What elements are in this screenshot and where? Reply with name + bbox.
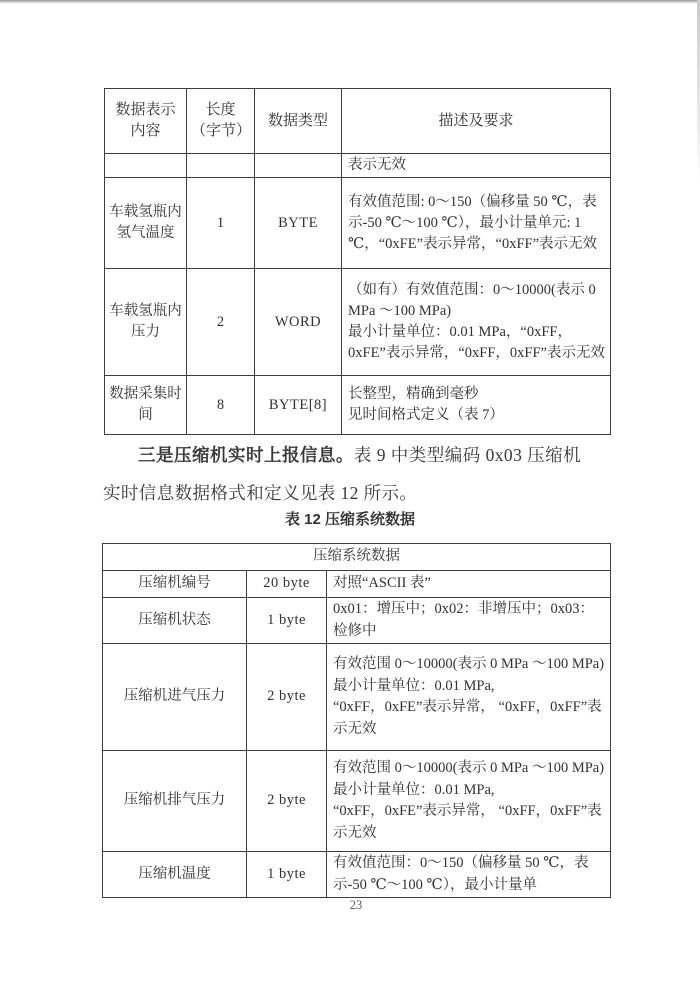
- cell-desc: 有效范围 0～10000(表示 0 MPa ～100 MPa) 最小计量单位：0…: [327, 751, 611, 852]
- cell-length: [187, 154, 255, 178]
- cell-length: 1 byte: [247, 852, 327, 898]
- page-number: 23: [0, 898, 700, 913]
- table-row: 压缩机排气压力 2 byte 有效范围 0～10000(表示 0 MPa ～10…: [103, 751, 611, 852]
- scanned-document-page: { "colors": { "border": "#3e3e3e", "text…: [0, 0, 700, 989]
- cell-length: 1: [187, 178, 255, 269]
- table-row: 数据采集时间 8 BYTE[8] 长整型，精确到毫秒 见时间格式定义（表 7）: [105, 376, 611, 435]
- data-format-table: 数据表示内容 长度（字节） 数据类型 描述及要求 表示无效 车载氢瓶内氢气温度 …: [104, 88, 611, 435]
- cell-name: 压缩机状态: [103, 598, 247, 644]
- cell-desc: 有效值范围: 0～150（偏移量 50 ℃，表示-50 ℃～100 ℃），最小计…: [342, 178, 611, 269]
- scan-edge-artifact: [0, 0, 700, 4]
- cell-name: 车载氢瓶内压力: [105, 269, 187, 376]
- table-row: 压缩机编号 20 byte 对照“ASCII 表”: [103, 571, 611, 598]
- table-row: 车载氢瓶内氢气温度 1 BYTE 有效值范围: 0～150（偏移量 50 ℃，表…: [105, 178, 611, 269]
- cell-name: 压缩机温度: [103, 852, 247, 898]
- cell-desc: 对照“ASCII 表”: [327, 571, 611, 598]
- table-row: 表示无效: [105, 154, 611, 178]
- cell-desc: 有效范围 0～10000(表示 0 MPa ～100 MPa) 最小计量单位：0…: [327, 644, 611, 751]
- table-row: 压缩机温度 1 byte 有效值范围：0～150（偏移量 50 ℃，表示-50 …: [103, 852, 611, 898]
- cell-name: 车载氢瓶内氢气温度: [105, 178, 187, 269]
- cell-type: BYTE: [255, 178, 342, 269]
- cell-desc: 表示无效: [342, 154, 611, 178]
- header-description: 描述及要求: [342, 89, 611, 154]
- table-row: 压缩机进气压力 2 byte 有效范围 0～10000(表示 0 MPa ～10…: [103, 644, 611, 751]
- cell-name: 数据采集时间: [105, 376, 187, 435]
- cell-length: 2: [187, 269, 255, 376]
- cell-length: 20 byte: [247, 571, 327, 598]
- cell-desc: （如有）有效值范围：0～10000(表示 0 MPa ～100 MPa) 最小计…: [342, 269, 611, 376]
- header-data-content: 数据表示内容: [105, 89, 187, 154]
- table-title: 压缩系统数据: [103, 544, 611, 571]
- compression-system-table: 压缩系统数据 压缩机编号 20 byte 对照“ASCII 表” 压缩机状态 1…: [102, 543, 611, 898]
- cell-length: 8: [187, 376, 255, 435]
- paragraph-lead-bold: 三是压缩机实时上报信息。: [138, 445, 354, 465]
- table-title-row: 压缩系统数据: [103, 544, 611, 571]
- table-header-row: 数据表示内容 长度（字节） 数据类型 描述及要求: [105, 89, 611, 154]
- table-caption: 表 12 压缩系统数据: [0, 508, 700, 529]
- cell-length: 2 byte: [247, 644, 327, 751]
- cell-name: 压缩机编号: [103, 571, 247, 598]
- cell-desc: 0x01：增压中；0x02：非增压中；0x03：检修中: [327, 598, 611, 644]
- cell-length: 2 byte: [247, 751, 327, 852]
- cell-length: 1 byte: [247, 598, 327, 644]
- header-length: 长度（字节）: [187, 89, 255, 154]
- cell-type: BYTE[8]: [255, 376, 342, 435]
- cell-type: WORD: [255, 269, 342, 376]
- table-row: 压缩机状态 1 byte 0x01：增压中；0x02：非增压中；0x03：检修中: [103, 598, 611, 644]
- table-row: 车载氢瓶内压力 2 WORD （如有）有效值范围：0～10000(表示 0 MP…: [105, 269, 611, 376]
- cell-name: 压缩机进气压力: [103, 644, 247, 751]
- cell-desc: 有效值范围：0～150（偏移量 50 ℃，表示-50 ℃～100 ℃），最小计量…: [327, 852, 611, 898]
- cell-desc: 长整型，精确到毫秒 见时间格式定义（表 7）: [342, 376, 611, 435]
- header-data-type: 数据类型: [255, 89, 342, 154]
- body-paragraph: 三是压缩机实时上报信息。表 9 中类型编码 0x03 压缩机实时信息数据格式和定…: [103, 436, 581, 512]
- cell-type: [255, 154, 342, 178]
- cell-name: 压缩机排气压力: [103, 751, 247, 852]
- cell-name: [105, 154, 187, 178]
